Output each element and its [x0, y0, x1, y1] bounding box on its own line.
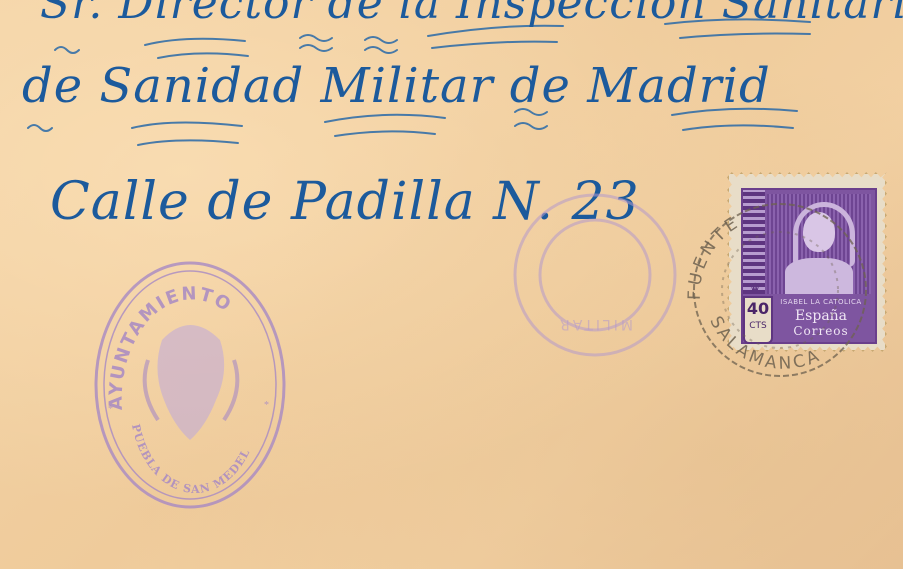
postmark-cancel: FUENTE SALAMANCA — [680, 190, 870, 380]
envelope-front: Sr. Director de la Inspección Sanitaria … — [0, 0, 903, 569]
postmark-top-text: FUENTE — [685, 212, 745, 300]
svg-text:*: * — [264, 400, 269, 411]
postmark-bottom-text: SALAMANCA — [705, 313, 824, 374]
circular-cancel-stamp: MILITAR — [500, 180, 690, 370]
svg-text:*: * — [108, 404, 113, 415]
address-line-organization: de Sanidad Militar de Madrid — [22, 58, 771, 114]
svg-text:SALAMANCA: SALAMANCA — [705, 313, 824, 374]
address-line-recipient: Sr. Director de la Inspección Sanitaria — [40, 0, 903, 29]
municipal-seal: AYUNTAMIENTO PUEBLA DE SAN MEDEL * * — [92, 260, 288, 510]
eagle-emblem-icon — [145, 325, 238, 440]
circular-cancel-text: MILITAR — [557, 316, 633, 332]
svg-text:FUENTE: FUENTE — [685, 212, 745, 300]
